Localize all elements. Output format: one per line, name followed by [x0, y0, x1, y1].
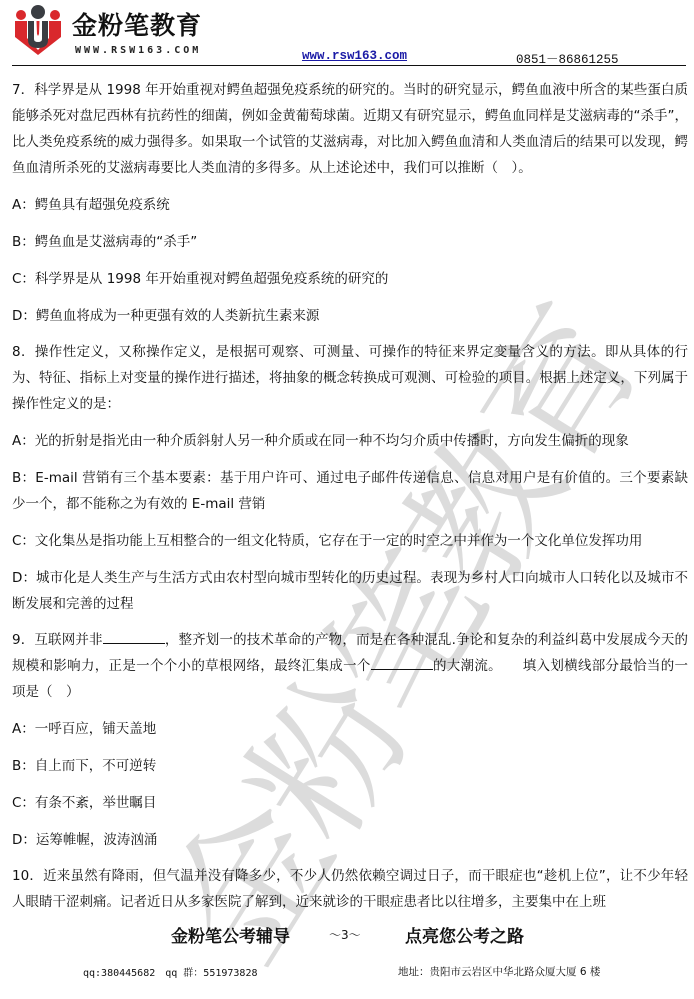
fill-blank-1 — [103, 629, 165, 644]
question-9: 9．互联网并非，整齐划一的技术革命的产物，而是在各种混乱.争论和复杂的利益纠葛中… — [12, 627, 688, 853]
document-body: 7．科学界是从 1998 年开始重视对鳄鱼超强免疫系统的研究的。当时的研究显示，… — [12, 77, 688, 915]
page-number: ～3～ — [329, 926, 361, 943]
footer-slogan-left: 金粉笔公考辅导 — [171, 922, 290, 947]
option-c: C：文化集丛是指功能上互相整合的一组文化特质，它存在于一定的时空之中并作为一个文… — [12, 528, 688, 554]
brand-url: WWW.RSW163.COM — [75, 45, 201, 56]
question-stem: 8．操作性定义，又称操作定义，是根据可观察、可测量、可操作的特征来界定变量含义的… — [12, 339, 688, 417]
logo-icon — [14, 4, 62, 56]
header-divider — [12, 65, 686, 66]
option-a: A：一呼百应，铺天盖地 — [12, 716, 688, 742]
question-8: 8．操作性定义，又称操作定义，是根据可观察、可测量、可操作的特征来界定变量含义的… — [12, 339, 688, 617]
option-c: C：有条不紊，举世瞩目 — [12, 790, 688, 816]
document-page: 金粉笔教育 金粉笔教育 WWW.RSW163.COM www.rsw163.co… — [0, 0, 694, 999]
question-stem: 9．互联网并非，整齐划一的技术革命的产物，而是在各种混乱.争论和复杂的利益纠葛中… — [12, 627, 688, 705]
option-b: B：E-mail 营销有三个基本要素：基于用户许可、通过电子邮件传递信息、信息对… — [12, 465, 688, 517]
website-link[interactable]: www.rsw163.com — [302, 49, 407, 63]
option-c: C：科学界是从 1998 年开始重视对鳄鱼超强免疫系统的研究的 — [12, 266, 688, 292]
option-a: A：鳄鱼具有超强免疫系统 — [12, 192, 688, 218]
option-b: B：自上而下，不可逆转 — [12, 753, 688, 779]
option-a: A：光的折射是指光由一种介质斜射人另一种介质或在同一种不均匀介质中传播时，方向发… — [12, 428, 688, 454]
option-d: D：运筹帷幄，波涛汹涌 — [12, 827, 688, 853]
option-d: D：城市化是人类生产与生活方式由农村型向城市型转化的历史过程。表现为乡村人口向城… — [12, 565, 688, 617]
fill-blank-2 — [371, 655, 433, 670]
question-stem: 10．近来虽然有降雨，但气温并没有降多少，不少人仍然依赖空调过日子，而干眼症也“… — [12, 863, 688, 915]
option-d: D：鳄鱼血将成为一种更强有效的人类新抗生素来源 — [12, 303, 688, 329]
question-stem: 7．科学界是从 1998 年开始重视对鳄鱼超强免疫系统的研究的。当时的研究显示，… — [12, 77, 688, 181]
option-b: B：鳄鱼血是艾滋病毒的“杀手” — [12, 229, 688, 255]
question-10: 10．近来虽然有降雨，但气温并没有降多少，不少人仍然依赖空调过日子，而干眼症也“… — [12, 863, 688, 915]
brand-name: 金粉笔教育 — [72, 12, 202, 40]
footer-address: 地址：贵阳市云岩区中华北路众厦大厦 6 楼 — [398, 964, 600, 979]
question-7: 7．科学界是从 1998 年开始重视对鳄鱼超强免疫系统的研究的。当时的研究显示，… — [12, 77, 688, 329]
stem-part-1: 9．互联网并非 — [12, 632, 103, 648]
footer-slogan-right: 点亮您公考之路 — [405, 922, 524, 947]
footer-qq-contact: qq:380445682 qq 群：551973828 — [83, 964, 258, 979]
